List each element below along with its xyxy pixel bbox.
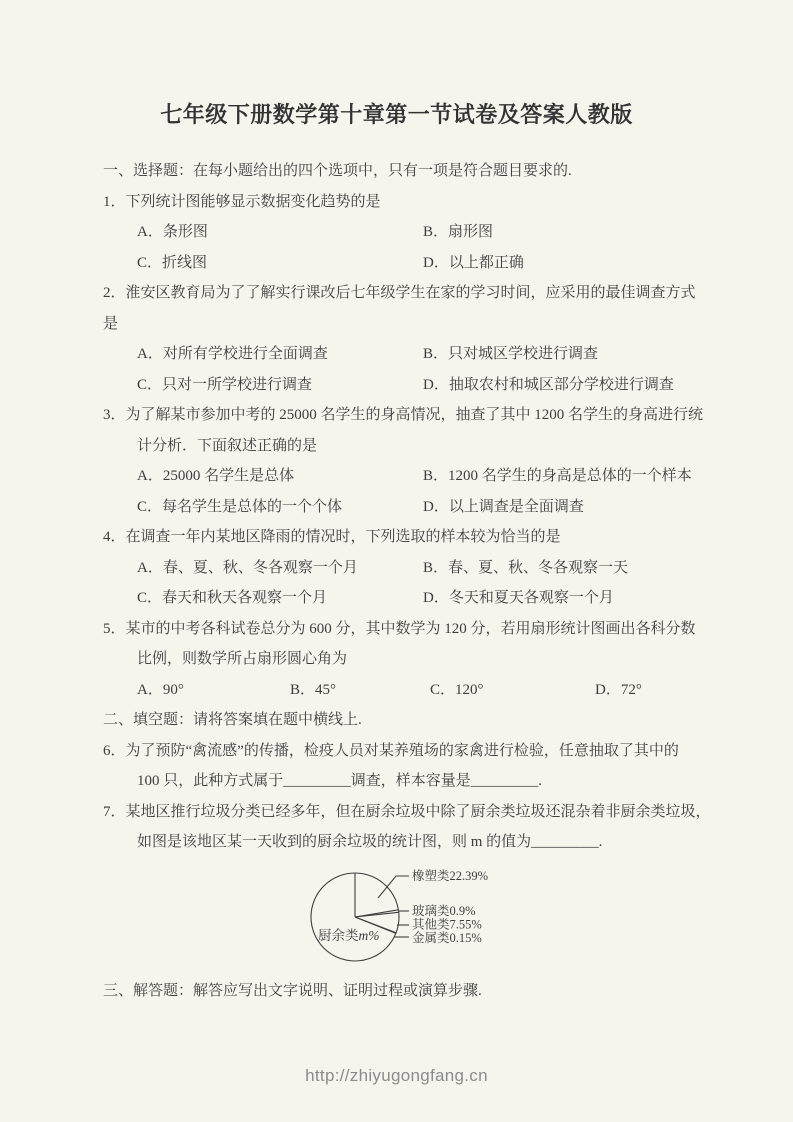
option-q1-b: B．扇形图 <box>423 217 493 248</box>
question-2-stem-line-1: 2．淮安区教育局为了了解实行课改后七年级学生在家的学习时间，应采用的最佳调查方式 <box>103 278 718 309</box>
option-q4-b: B．春、夏、秋、冬各观察一天 <box>423 553 628 584</box>
option-q5-a: A．90° <box>137 675 184 706</box>
section-fill-header: 二、填空题：请将答案填在题中横线上. <box>103 705 718 736</box>
pie-label-kitchen: 厨余类m% <box>318 926 380 942</box>
pie-slice-lines <box>355 873 399 933</box>
option-q4-d: D．冬天和夏天各观察一个月 <box>423 583 614 614</box>
option-q1-d: D．以上都正确 <box>423 248 524 279</box>
question-5-options-row: A．90° B．45° C．120° D．72° <box>103 675 718 706</box>
question-1-options-row-2: C．折线图 D．以上都正确 <box>103 248 718 279</box>
question-6-stem-line-1: 6．为了预防“禽流感”的传播，检疫人员对某养殖场的家禽进行检验，任意抽取了其中的 <box>103 736 718 767</box>
option-q2-b: B．只对城区学校进行调查 <box>423 339 598 370</box>
option-q1-c: C．折线图 <box>137 248 207 279</box>
option-q3-b: B．1200 名学生的身高是总体的一个样本 <box>423 461 692 492</box>
option-q2-a: A．对所有学校进行全面调查 <box>137 339 328 370</box>
option-q2-c: C．只对一所学校进行调查 <box>137 370 312 401</box>
option-q2-d: D．抽取农村和城区部分学校进行调查 <box>423 370 674 401</box>
section-answer-header: 三、解答题：解答应写出文字说明、证明过程或演算步骤. <box>103 976 718 1007</box>
question-1-options-row-1: A．条形图 B．扇形图 <box>103 217 718 248</box>
question-2-options-row-1: A．对所有学校进行全面调查 B．只对城区学校进行调查 <box>103 339 718 370</box>
page-title: 七年级下册数学第十章第一节试卷及答案人教版 <box>0 98 793 129</box>
question-5-stem-line-1: 5．某市的中考各科试卷总分为 600 分，其中数学为 120 分，若用扇形统计图… <box>103 614 718 645</box>
question-4-stem: 4．在调查一年内某地区降雨的情况时，下列选取的样本较为恰当的是 <box>103 522 718 553</box>
question-7-stem-line-1: 7．某地区推行垃圾分类已经多年，但在厨余垃圾中除了厨余类垃圾还混杂着非厨余类垃圾… <box>103 797 718 828</box>
option-q5-b: B．45° <box>290 675 336 706</box>
question-1-stem: 1．下列统计图能够显示数据变化趋势的是 <box>103 187 718 218</box>
question-4-options-row-2: C．春天和秋天各观察一个月 D．冬天和夏天各观察一个月 <box>103 583 718 614</box>
pie-label-metal: 金属类0.15% <box>412 930 482 945</box>
exam-paper-page: 七年级下册数学第十章第一节试卷及答案人教版 一、选择题：在每小题给出的四个选项中… <box>0 0 793 1122</box>
question-2-options-row-2: C．只对一所学校进行调查 D．抽取农村和城区部分学校进行调查 <box>103 370 718 401</box>
pie-label-rubber: 橡塑类22.39% <box>412 868 488 883</box>
pie-chart-figure: 橡塑类22.39% 玻璃类0.9% 其他类7.55% 金属类0.15% 厨余类m… <box>103 858 718 976</box>
question-3-options-row-2: C．每名学生是总体的一个个体 D．以上调查是全面调查 <box>103 492 718 523</box>
option-q3-a: A．25000 名学生是总体 <box>137 461 294 492</box>
question-3-stem-line-1: 3．为了解某市参加中考的 25000 名学生的身高情况，抽查了其中 1200 名… <box>103 400 718 431</box>
section-choice-header: 一、选择题：在每小题给出的四个选项中，只有一项是符合题目要求的. <box>103 156 718 187</box>
option-q5-d: D．72° <box>595 675 642 706</box>
option-q5-c: C．120° <box>430 675 484 706</box>
option-q1-a: A．条形图 <box>137 217 208 248</box>
pie-label-glass: 玻璃类0.9% <box>412 903 476 918</box>
question-6-stem-line-2: 100 只，此种方式属于_________调查，样本容量是_________. <box>103 766 718 797</box>
option-q3-d: D．以上调查是全面调查 <box>423 492 584 523</box>
option-q4-a: A．春、夏、秋、冬各观察一个月 <box>137 553 358 584</box>
question-4-options-row-1: A．春、夏、秋、冬各观察一个月 B．春、夏、秋、冬各观察一天 <box>103 553 718 584</box>
question-7-stem-line-2: 如图是该地区某一天收到的厨余垃圾的统计图，则 m 的值为_________. <box>103 827 718 858</box>
exam-body: 一、选择题：在每小题给出的四个选项中，只有一项是符合题目要求的. 1．下列统计图… <box>103 156 718 1006</box>
option-q3-c: C．每名学生是总体的一个个体 <box>137 492 342 523</box>
question-3-stem-line-2: 计分析．下面叙述正确的是 <box>103 431 718 462</box>
pie-chart: 橡塑类22.39% 玻璃类0.9% 其他类7.55% 金属类0.15% 厨余类m… <box>305 858 517 976</box>
question-3-options-row-1: A．25000 名学生是总体 B．1200 名学生的身高是总体的一个样本 <box>103 461 718 492</box>
option-q4-c: C．春天和秋天各观察一个月 <box>137 583 327 614</box>
pie-label-other: 其他类7.55% <box>412 916 482 931</box>
question-2-stem-line-2: 是 <box>103 309 718 340</box>
footer-site-link[interactable]: http://zhiyugongfang.cn <box>0 1066 793 1086</box>
question-5-stem-line-2: 比例，则数学所占扇形圆心角为 <box>103 644 718 675</box>
